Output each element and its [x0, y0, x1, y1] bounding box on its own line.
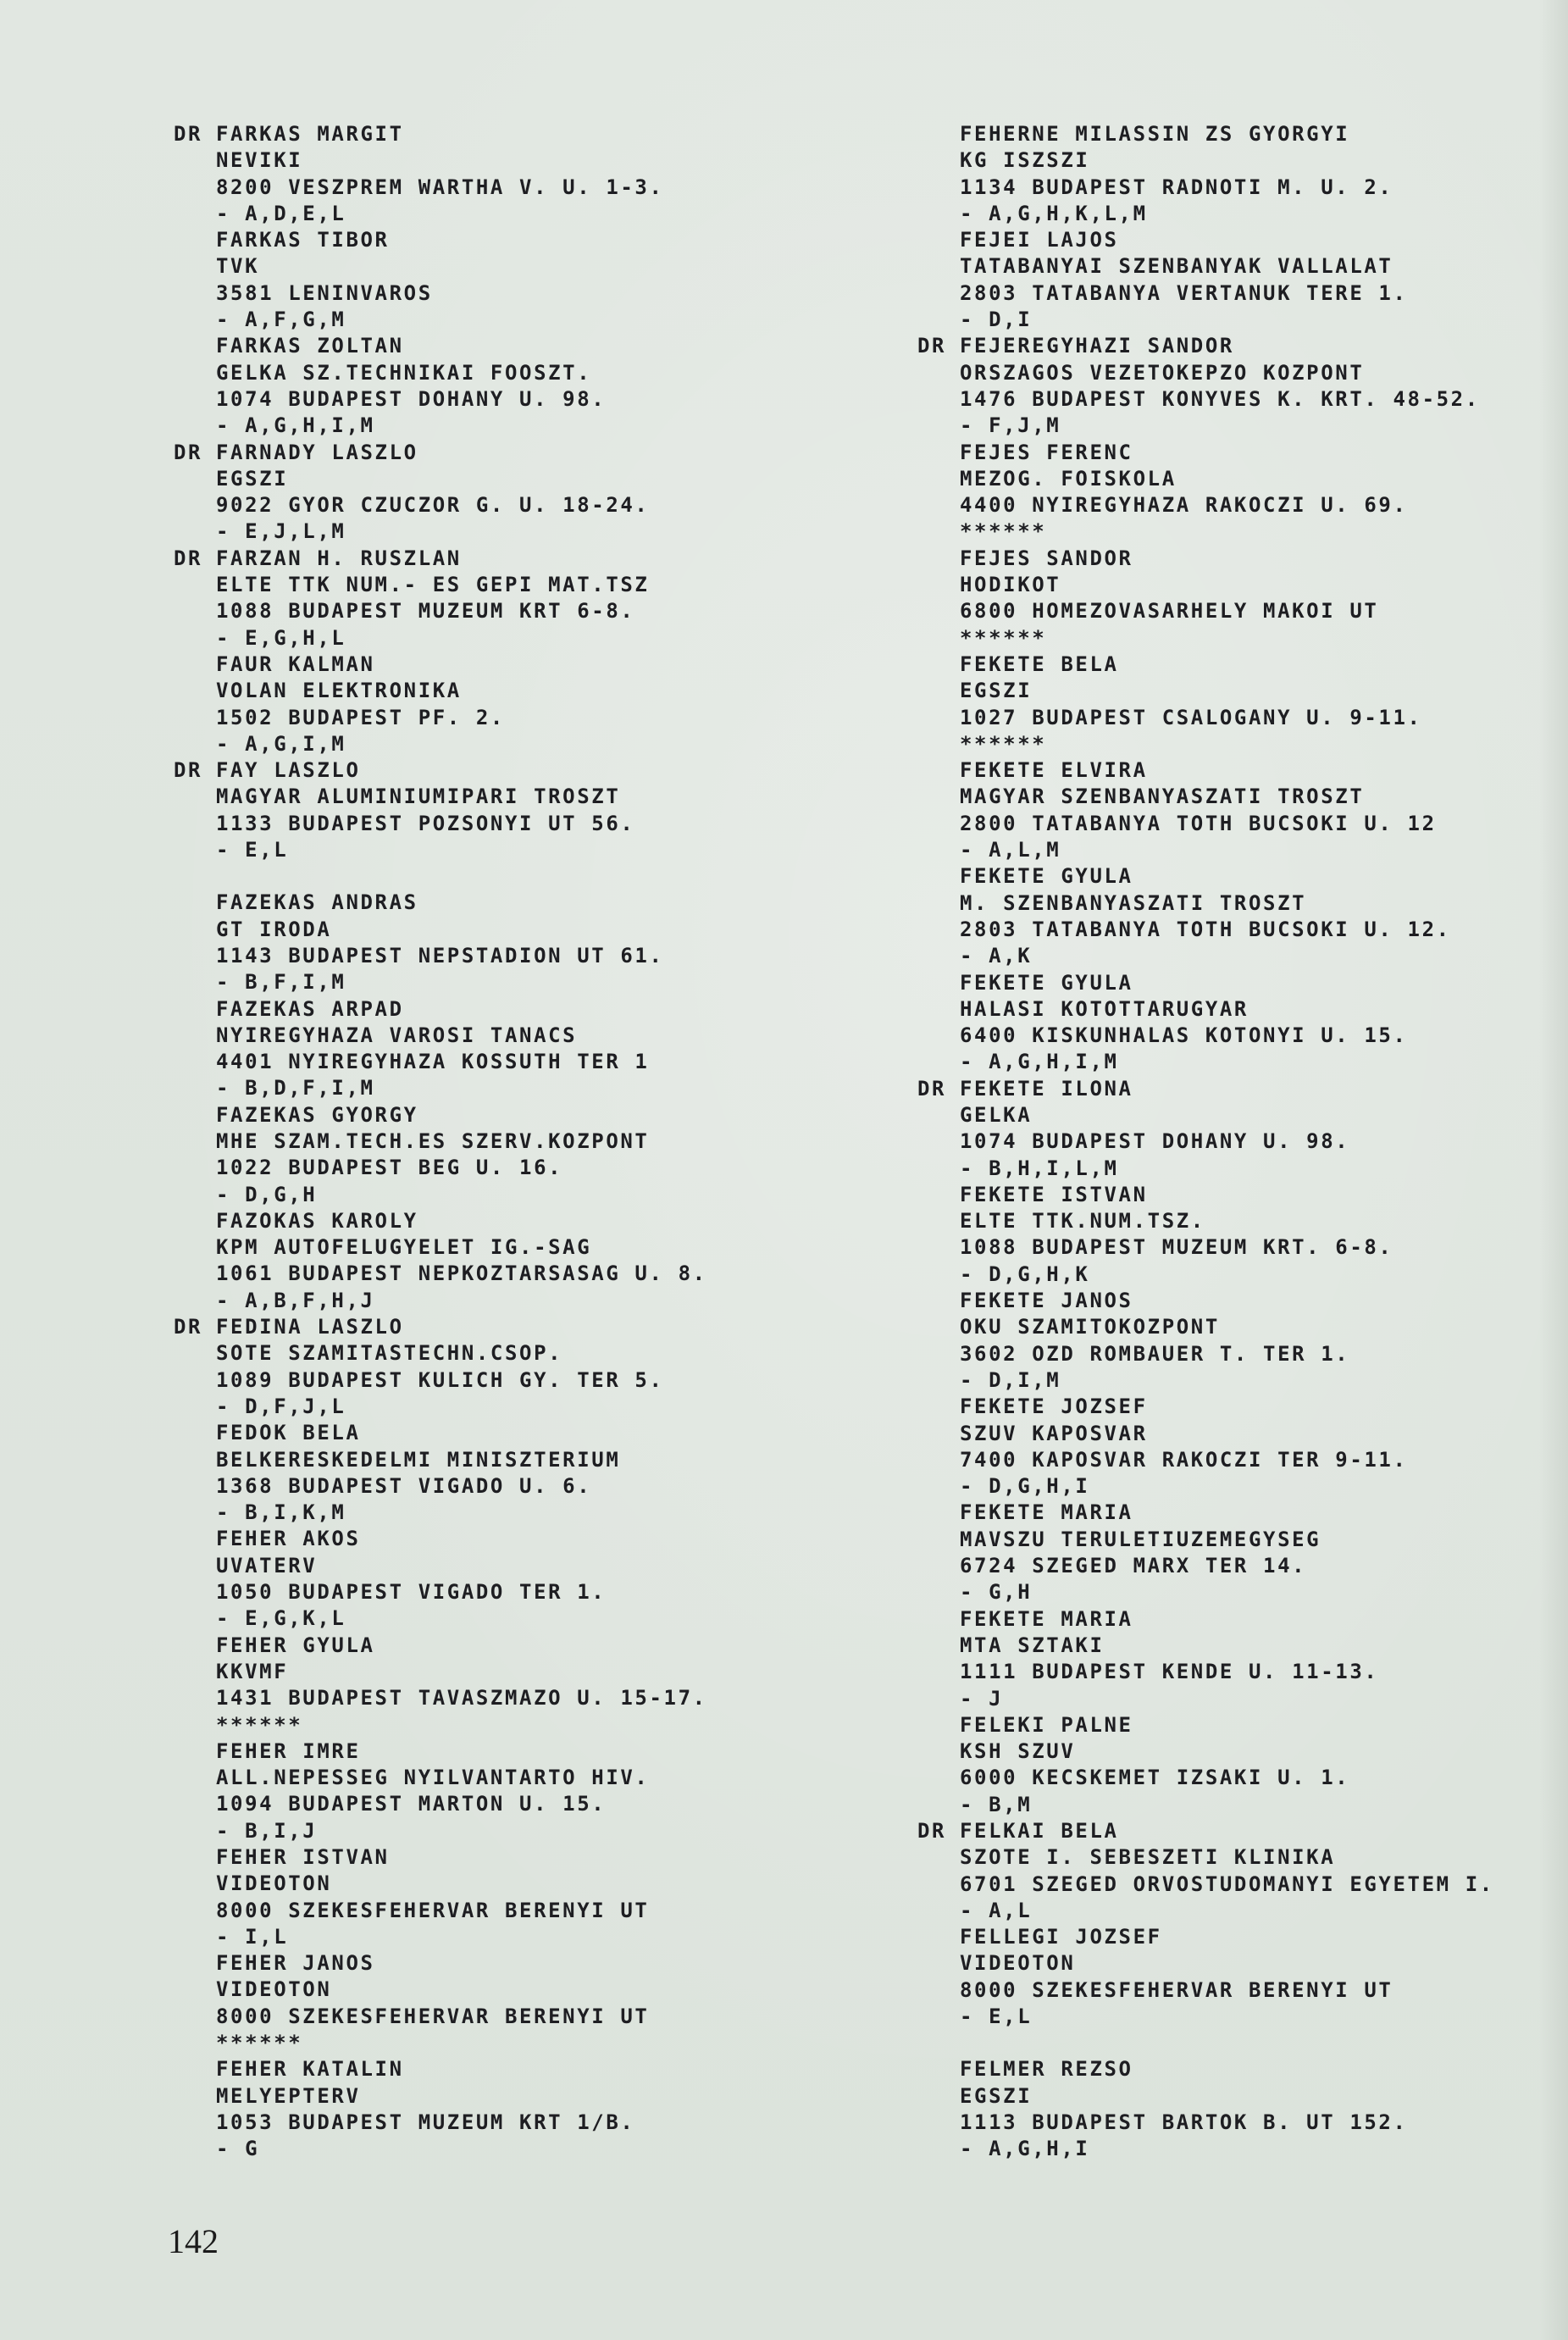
entry-address: 8000 SZEKESFEHERVAR BERENYI UT — [174, 1898, 868, 1924]
entry-name: FEHER JANOS — [174, 1950, 868, 1977]
entry-address-text: 2803 TATABANYA TOTH BUCSOKI U. 12. — [960, 918, 1451, 941]
entry-name: FAUR KALMAN — [174, 652, 868, 678]
entry-organization: ALL.NEPESSEG NYILVANTARTO HIV. — [174, 1765, 868, 1791]
entry-address-text: 8200 VESZPREM WARTHA V. U. 1-3. — [216, 175, 664, 199]
entry-codes-text: - E,L — [216, 838, 288, 862]
entry-codes: - F,J,M — [917, 413, 1568, 439]
entry-name: FEJES FERENC — [917, 440, 1568, 466]
entry-codes-text: - D,G,H,K — [960, 1262, 1089, 1286]
entry-address: 1088 BUDAPEST MUZEUM KRT 6-8. — [174, 598, 868, 624]
entry-address: 1431 BUDAPEST TAVASZMAZO U. 15-17. — [174, 1685, 868, 1711]
entry-name-text: FELMER REZSO — [960, 2057, 1133, 2081]
entry-organization-text: EGSZI — [960, 679, 1032, 702]
entry-address: 1133 BUDAPEST POZSONYI UT 56. — [174, 811, 868, 837]
directory-entry: FAZOKAS KAROLYKPM AUTOFELUGYELET IG.-SAG… — [174, 1208, 868, 1314]
entry-organization-text: EGSZI — [960, 2084, 1032, 2108]
entry-name: FEKETE MARIA — [917, 1500, 1568, 1526]
entry-organization: M. SZENBANYASZATI TROSZT — [917, 890, 1568, 917]
entry-codes-text: - A,G,H,I,M — [960, 1050, 1119, 1073]
entry-codes-text: - D,I,M — [960, 1368, 1061, 1392]
directory-entry: FEJES SANDORHODIKOT6800 HOMEZOVASARHELY … — [917, 546, 1568, 652]
entry-codes-text: - B,I,J — [216, 1819, 317, 1843]
entry-title-prefix: DR — [174, 440, 202, 466]
entry-codes-text: - A,G,H,I,M — [216, 413, 375, 437]
entry-address-text: 7400 KAPOSVAR RAKOCZI TER 9-11. — [960, 1448, 1408, 1472]
entry-organization: VIDEOTON — [174, 1977, 868, 2003]
entry-codes-text: - B,M — [960, 1793, 1032, 1816]
entry-title-prefix: DR — [917, 1818, 946, 1844]
entry-organization: ELTE TTK NUM.- ES GEPI MAT.TSZ — [174, 572, 868, 598]
entry-address-text: 4400 NYIREGYHAZA RAKOCZI U. 69. — [960, 493, 1408, 517]
entry-name: FEHER GYULA — [174, 1633, 868, 1659]
directory-entry: FEKETE ISTVANELTE TTK.NUM.TSZ.1088 BUDAP… — [917, 1182, 1568, 1288]
entry-organization-text: MAGYAR SZENBANYASZATI TROSZT — [960, 785, 1364, 808]
entry-organization: ELTE TTK.NUM.TSZ. — [917, 1208, 1568, 1234]
entry-organization: MAGYAR ALUMINIUMIPARI TROSZT — [174, 784, 868, 810]
entry-name: FEKETE GYULA — [917, 863, 1568, 890]
entry-codes-text: - A,G,I,M — [216, 732, 346, 756]
entry-organization-text: MAGYAR ALUMINIUMIPARI TROSZT — [216, 785, 620, 808]
entry-codes-text: - D,G,H,I — [960, 1474, 1089, 1498]
entry-name-text: FEKETE MARIA — [960, 1500, 1133, 1524]
entry-address: 6701 SZEGED ORVOSTUDOMANYI EGYETEM I. — [917, 1871, 1568, 1898]
directory-entry: FARKAS TIBORTVK3581 LENINVAROS- A,F,G,M — [174, 227, 868, 333]
entry-name: FEHER IMRE — [174, 1738, 868, 1765]
entry-organization-text: TVK — [216, 254, 259, 278]
entry-title-prefix: DR — [174, 757, 202, 784]
entry-organization-text: SZOTE I. SEBESZETI KLINIKA — [960, 1845, 1335, 1869]
directory-entry: DRFEKETE ILONAGELKA1074 BUDAPEST DOHANY … — [917, 1076, 1568, 1182]
entry-codes-text: - E,G,H,L — [216, 626, 346, 650]
directory-entry: FEHERNE MILASSIN ZS GYORGYIKG ISZSZI1134… — [917, 121, 1568, 227]
entry-organization-text: ELTE TTK.NUM.TSZ. — [960, 1209, 1205, 1233]
entry-address: 1134 BUDAPEST RADNOTI M. U. 2. — [917, 175, 1568, 201]
entry-organization-text: MAVSZU TERULETIUZEMEGYSEG — [960, 1528, 1321, 1551]
entry-name-text: FEKETE ELVIRA — [960, 758, 1148, 782]
entry-name: FEJEI LAJOS — [917, 227, 1568, 253]
entry-name-text: FELKAI BELA — [960, 1819, 1119, 1843]
entry-organization: EGSZI — [174, 466, 868, 492]
entry-organization-text: MEZOG. FOISKOLA — [960, 467, 1177, 491]
entry-codes: - E,L — [917, 2004, 1568, 2030]
entry-address-text: 3581 LENINVAROS — [216, 281, 433, 305]
entry-name: FAZEKAS ANDRAS — [174, 890, 868, 916]
entry-codes: ****** — [917, 518, 1568, 545]
entry-codes-text: - A,K — [960, 944, 1032, 968]
entry-organization-text: MELYEPTERV — [216, 2084, 361, 2108]
entry-address-text: 6800 HOMEZOVASARHELY MAKOI UT — [960, 599, 1378, 623]
directory-entry: DRFARZAN H. RUSZLANELTE TTK NUM.- ES GEP… — [174, 546, 868, 652]
entry-name: FEHERNE MILASSIN ZS GYORGYI — [917, 121, 1568, 147]
entry-address: 1022 BUDAPEST BEG U. 16. — [174, 1155, 868, 1181]
entry-organization-text: HALASI KOTOTTARUGYAR — [960, 997, 1249, 1021]
directory-entry: FAZEKAS ARPADNYIREGYHAZA VAROSI TANACS44… — [174, 996, 868, 1102]
entry-address-text: 6701 SZEGED ORVOSTUDOMANYI EGYETEM I. — [960, 1872, 1494, 1896]
entry-address-text: 1431 BUDAPEST TAVASZMAZO U. 15-17. — [216, 1686, 707, 1710]
entry-name: FEHER AKOS — [174, 1526, 868, 1552]
directory-entry: DRFAY LASZLOMAGYAR ALUMINIUMIPARI TROSZT… — [174, 757, 868, 863]
directory-entry: DRFEDINA LASZLOSOTE SZAMITASTECHN.CSOP.1… — [174, 1314, 868, 1420]
entry-organization: UVATERV — [174, 1553, 868, 1579]
entry-organization-text: TATABANYAI SZENBANYAK VALLALAT — [960, 254, 1393, 278]
entry-name: DRFARNADY LASZLO — [174, 440, 868, 466]
entry-codes-text: - B,I,K,M — [216, 1500, 346, 1524]
entry-name: FEKETE BELA — [917, 652, 1568, 678]
entry-name-text: FEDOK BELA — [216, 1421, 361, 1444]
entry-organization: TATABANYAI SZENBANYAK VALLALAT — [917, 253, 1568, 280]
entry-codes: ****** — [917, 625, 1568, 652]
entry-address: 4400 NYIREGYHAZA RAKOCZI U. 69. — [917, 492, 1568, 518]
entry-name-text: FAY LASZLO — [216, 758, 361, 782]
entry-name-text: FEHER IMRE — [216, 1739, 361, 1763]
entry-organization: KG ISZSZI — [917, 147, 1568, 174]
entry-organization: KPM AUTOFELUGYELET IG.-SAG — [174, 1234, 868, 1261]
entry-organization-text: GT IRODA — [216, 918, 331, 941]
entry-address: 8000 SZEKESFEHERVAR BERENYI UT — [174, 2004, 868, 2030]
entry-codes-text: - B,D,F,I,M — [216, 1076, 375, 1100]
entry-codes-text: - J — [960, 1687, 1003, 1711]
entry-codes-text: ****** — [960, 626, 1046, 650]
entry-codes: - E,L — [174, 837, 868, 863]
entry-organization-text: SOTE SZAMITASTECHN.CSOP. — [216, 1341, 562, 1365]
entry-name: FEKETE GYULA — [917, 970, 1568, 996]
entry-organization: ORSZAGOS VEZETOKEPZO KOZPONT — [917, 360, 1568, 386]
entry-address-text: 1088 BUDAPEST MUZEUM KRT 6-8. — [216, 599, 634, 623]
entry-address-text: 3602 OZD ROMBAUER T. TER 1. — [960, 1342, 1349, 1366]
entry-codes: - G — [174, 2136, 868, 2162]
entry-organization: TVK — [174, 253, 868, 280]
entry-organization: VIDEOTON — [174, 1871, 868, 1897]
entry-codes: - A,G,H,I — [917, 2136, 1568, 2162]
entry-organization-text: M. SZENBANYASZATI TROSZT — [960, 891, 1306, 915]
entry-name-text: FAZEKAS ANDRAS — [216, 890, 418, 914]
entry-name-text: FARNADY LASZLO — [216, 441, 418, 464]
directory-entry: FEJES FERENCMEZOG. FOISKOLA4400 NYIREGYH… — [917, 440, 1568, 546]
entry-name: DRFEDINA LASZLO — [174, 1314, 868, 1340]
entry-address-text: 1502 BUDAPEST PF. 2. — [216, 706, 505, 729]
directory-entry: FEKETE MARIAMAVSZU TERULETIUZEMEGYSEG672… — [917, 1500, 1568, 1605]
entry-organization: NYIREGYHAZA VAROSI TANACS — [174, 1023, 868, 1049]
entry-address: 8200 VESZPREM WARTHA V. U. 1-3. — [174, 175, 868, 201]
entry-codes-text: ****** — [216, 1713, 302, 1737]
entry-name-text: FEJEREGYHAZI SANDOR — [960, 334, 1234, 358]
entry-address-text: 2803 TATABANYA VERTANUK TERE 1. — [960, 281, 1408, 305]
entry-codes: - A,F,G,M — [174, 307, 868, 333]
entry-name: FELMER REZSO — [917, 2056, 1568, 2082]
entry-codes: - A,D,E,L — [174, 201, 868, 227]
entry-organization-text: GELKA — [960, 1103, 1032, 1127]
entry-name-text: FEHER ISTVAN — [216, 1845, 390, 1869]
page-number: 142 — [168, 2221, 219, 2261]
entry-codes-text: - A,B,F,H,J — [216, 1289, 375, 1312]
entry-name-text: FARKAS ZOLTAN — [216, 334, 404, 358]
entry-codes-text: - A,D,E,L — [216, 202, 346, 225]
entry-codes: - B,D,F,I,M — [174, 1075, 868, 1101]
entry-organization-text: ALL.NEPESSEG NYILVANTARTO HIV. — [216, 1766, 649, 1789]
entry-address-text: 1089 BUDAPEST KULICH GY. TER 5. — [216, 1368, 664, 1392]
entry-name-text: FEHER KATALIN — [216, 2057, 404, 2081]
entry-codes-text: - E,L — [960, 2005, 1032, 2028]
entry-codes: - E,G,H,L — [174, 625, 868, 652]
entry-address-text: 6400 KISKUNHALAS KOTONYI U. 15. — [960, 1023, 1408, 1047]
directory-entry: DRFARNADY LASZLOEGSZI9022 GYOR CZUCZOR G… — [174, 440, 868, 546]
entry-name: FAZEKAS GYORGY — [174, 1102, 868, 1128]
entry-name-text: FEHER GYULA — [216, 1633, 375, 1657]
entry-name: DRFARZAN H. RUSZLAN — [174, 546, 868, 572]
entry-address: 1143 BUDAPEST NEPSTADION UT 61. — [174, 943, 868, 969]
entry-codes-text: ****** — [960, 732, 1046, 756]
entry-codes: - B,M — [917, 1792, 1568, 1818]
entry-address: 1027 BUDAPEST CSALOGANY U. 9-11. — [917, 705, 1568, 731]
entry-address: 1074 BUDAPEST DOHANY U. 98. — [174, 386, 868, 413]
entry-organization: KKVMF — [174, 1659, 868, 1685]
entry-address-text: 1061 BUDAPEST NEPKOZTARSASAG U. 8. — [216, 1261, 707, 1285]
entry-codes-text: - G — [216, 2137, 259, 2160]
entry-codes-text: - A,G,H,I — [960, 2137, 1089, 2160]
entry-organization: VIDEOTON — [917, 1950, 1568, 1977]
directory-entry: FEDOK BELABELKERESKEDELMI MINISZTERIUM13… — [174, 1420, 868, 1526]
entry-organization: EGSZI — [917, 678, 1568, 704]
entry-name-text: FAZEKAS ARPAD — [216, 997, 404, 1021]
entry-codes: - A,G,H,I,M — [174, 413, 868, 439]
directory-entry: DRFEJEREGYHAZI SANDORORSZAGOS VEZETOKEPZ… — [917, 333, 1568, 439]
entry-address-text: 1476 BUDAPEST KONYVES K. KRT. 48-52. — [960, 387, 1480, 411]
entry-address-text: 6724 SZEGED MARX TER 14. — [960, 1554, 1306, 1578]
entry-codes-text: - A,L,M — [960, 838, 1061, 862]
entry-organization-text: MHE SZAM.TECH.ES SZERV.KOZPONT — [216, 1129, 649, 1153]
entry-organization: NEVIKI — [174, 147, 868, 174]
entry-address-text: 1053 BUDAPEST MUZEUM KRT 1/B. — [216, 2110, 634, 2134]
entry-codes: - D,I — [917, 307, 1568, 333]
directory-entry: FELLEGI JOZSEFVIDEOTON8000 SZEKESFEHERVA… — [917, 1924, 1568, 2030]
entry-organization: SOTE SZAMITASTECHN.CSOP. — [174, 1340, 868, 1367]
entry-name-text: FEKETE GYULA — [960, 864, 1133, 888]
entry-name: FELLEGI JOZSEF — [917, 1924, 1568, 1950]
entry-address-text: 1088 BUDAPEST MUZEUM KRT. 6-8. — [960, 1235, 1393, 1259]
entry-codes: - J — [917, 1686, 1568, 1712]
entry-address-text: 1050 BUDAPEST VIGADO TER 1. — [216, 1580, 606, 1604]
entry-codes-text: - A,L — [960, 1899, 1032, 1922]
entry-codes: - D,G,H,I — [917, 1473, 1568, 1500]
entry-name-text: FAUR KALMAN — [216, 652, 375, 676]
entry-address-text: 1133 BUDAPEST POZSONYI UT 56. — [216, 812, 634, 835]
entry-organization: MHE SZAM.TECH.ES SZERV.KOZPONT — [174, 1128, 868, 1155]
entry-address-text: 1134 BUDAPEST RADNOTI M. U. 2. — [960, 175, 1393, 199]
entry-organization-text: KG ISZSZI — [960, 148, 1089, 172]
entry-name: FEKETE JANOS — [917, 1288, 1568, 1314]
entry-address: 6724 SZEGED MARX TER 14. — [917, 1553, 1568, 1579]
entry-organization-text: VIDEOTON — [216, 1871, 331, 1895]
entry-name: FAZEKAS ARPAD — [174, 996, 868, 1023]
entry-name-text: FEKETE ILONA — [960, 1077, 1133, 1101]
entry-codes-text: - G,H — [960, 1580, 1032, 1604]
directory-column-left: DRFARKAS MARGITNEVIKI8200 VESZPREM WARTH… — [174, 121, 868, 2163]
entry-name-text: FAZOKAS KAROLY — [216, 1209, 418, 1233]
entry-name-text: FEJES SANDOR — [960, 546, 1133, 570]
directory-entry: DRFARKAS MARGITNEVIKI8200 VESZPREM WARTH… — [174, 121, 868, 227]
entry-organization-text: KPM AUTOFELUGYELET IG.-SAG — [216, 1235, 591, 1259]
entry-organization-text: ORSZAGOS VEZETOKEPZO KOZPONT — [960, 361, 1364, 385]
directory-entry: FEKETE JANOSOKU SZAMITOKOZPONT3602 OZD R… — [917, 1288, 1568, 1394]
directory-entry: FEKETE GYULAHALASI KOTOTTARUGYAR6400 KIS… — [917, 970, 1568, 1076]
entry-organization-text: KSH SZUV — [960, 1739, 1075, 1763]
entry-organization: VOLAN ELEKTRONIKA — [174, 678, 868, 704]
entry-organization: MELYEPTERV — [174, 2083, 868, 2110]
entry-address: 2803 TATABANYA VERTANUK TERE 1. — [917, 280, 1568, 307]
entry-codes: - E,J,L,M — [174, 518, 868, 545]
entry-codes-text: - B,F,I,M — [216, 970, 346, 994]
entry-name-text: FAZEKAS GYORGY — [216, 1103, 418, 1127]
entry-address: 1074 BUDAPEST DOHANY U. 98. — [917, 1128, 1568, 1155]
entry-codes-text: - E,J,L,M — [216, 519, 346, 543]
entry-name-text: FEKETE BELA — [960, 652, 1119, 676]
directory-entry: FELMER REZSOEGSZI1113 BUDAPEST BARTOK B.… — [917, 2056, 1568, 2162]
entry-codes: - B,I,J — [174, 1818, 868, 1844]
entry-organization-text: KKVMF — [216, 1660, 288, 1683]
entry-codes: ****** — [174, 1712, 868, 1738]
entry-address: 1050 BUDAPEST VIGADO TER 1. — [174, 1579, 868, 1605]
entry-organization: MEZOG. FOISKOLA — [917, 466, 1568, 492]
directory-entry: FEHER ISTVANVIDEOTON8000 SZEKESFEHERVAR … — [174, 1844, 868, 1950]
directory-entry: FEHER JANOSVIDEOTON8000 SZEKESFEHERVAR B… — [174, 1950, 868, 2056]
entry-address-text: 4401 NYIREGYHAZA KOSSUTH TER 1 — [216, 1050, 649, 1073]
entry-address-text: 6000 KECSKEMET IZSAKI U. 1. — [960, 1766, 1349, 1789]
entry-organization-text: VIDEOTON — [216, 1977, 331, 2001]
entry-organization-text: EGSZI — [216, 467, 288, 491]
entry-organization: MAVSZU TERULETIUZEMEGYSEG — [917, 1527, 1568, 1553]
entry-address: 1368 BUDAPEST VIGADO U. 6. — [174, 1473, 868, 1500]
entry-address-text: 9022 GYOR CZUCZOR G. U. 18-24. — [216, 493, 649, 517]
entry-organization: MTA SZTAKI — [917, 1633, 1568, 1659]
entry-codes-text: - D,I — [960, 308, 1032, 331]
entry-name-text: FEHER JANOS — [216, 1951, 375, 1975]
entry-organization-text: UVATERV — [216, 1554, 317, 1578]
entry-codes-text: - A,G,H,K,L,M — [960, 202, 1148, 225]
directory-entry: FEKETE JOZSEFSZUV KAPOSVAR7400 KAPOSVAR … — [917, 1394, 1568, 1500]
directory-entry: FELEKI PALNEKSH SZUV6000 KECSKEMET IZSAK… — [917, 1712, 1568, 1818]
entry-name: DRFEJEREGYHAZI SANDOR — [917, 333, 1568, 359]
entry-address-text: 1113 BUDAPEST BARTOK B. UT 152. — [960, 2110, 1408, 2134]
entry-address: 1502 BUDAPEST PF. 2. — [174, 705, 868, 731]
entry-organization-text: OKU SZAMITOKOZPONT — [960, 1315, 1220, 1339]
entry-address: 6400 KISKUNHALAS KOTONYI U. 15. — [917, 1023, 1568, 1049]
entry-name: FEKETE MARIA — [917, 1606, 1568, 1633]
entry-organization: BELKERESKEDELMI MINISZTERIUM — [174, 1447, 868, 1473]
entry-organization: EGSZI — [917, 2083, 1568, 2110]
entry-name-text: FEKETE MARIA — [960, 1607, 1133, 1631]
entry-organization-text: VOLAN ELEKTRONIKA — [216, 679, 462, 702]
entry-address-text: 1368 BUDAPEST VIGADO U. 6. — [216, 1474, 591, 1498]
directory-entry: DRFELKAI BELASZOTE I. SEBESZETI KLINIKA6… — [917, 1818, 1568, 1924]
directory-entry: FEJEI LAJOSTATABANYAI SZENBANYAK VALLALA… — [917, 227, 1568, 333]
entry-organization-text: HODIKOT — [960, 573, 1061, 596]
entry-codes: - A,B,F,H,J — [174, 1288, 868, 1314]
entry-name: FAZOKAS KAROLY — [174, 1208, 868, 1234]
entry-codes: - I,L — [174, 1924, 868, 1950]
entry-title-prefix: DR — [917, 1076, 946, 1102]
directory-column-right: FEHERNE MILASSIN ZS GYORGYIKG ISZSZI1134… — [917, 121, 1568, 2163]
directory-entry: FEKETE GYULAM. SZENBANYASZATI TROSZT2803… — [917, 863, 1568, 969]
entry-title-prefix: DR — [174, 546, 202, 572]
directory-entry: FEKETE ELVIRAMAGYAR SZENBANYASZATI TROSZ… — [917, 757, 1568, 863]
entry-organization: HODIKOT — [917, 572, 1568, 598]
directory-entry: FAUR KALMANVOLAN ELEKTRONIKA1502 BUDAPES… — [174, 652, 868, 757]
entry-codes: - A,G,H,K,L,M — [917, 201, 1568, 227]
entry-name: DRFELKAI BELA — [917, 1818, 1568, 1844]
entry-organization-text: VIDEOTON — [960, 1951, 1075, 1975]
entry-address: 6800 HOMEZOVASARHELY MAKOI UT — [917, 598, 1568, 624]
entry-organization: KSH SZUV — [917, 1738, 1568, 1765]
entry-address: 1094 BUDAPEST MARTON U. 15. — [174, 1791, 868, 1817]
entry-address: 1088 BUDAPEST MUZEUM KRT. 6-8. — [917, 1234, 1568, 1261]
entry-codes: - D,I,M — [917, 1367, 1568, 1394]
directory-entry: FARKAS ZOLTANGELKA SZ.TECHNIKAI FOOSZT.1… — [174, 333, 868, 439]
directory-entry: FEHER AKOSUVATERV1050 BUDAPEST VIGADO TE… — [174, 1526, 868, 1632]
entry-name-text: FEJES FERENC — [960, 441, 1133, 464]
entry-codes-text: ****** — [960, 519, 1046, 543]
entry-name: DRFEKETE ILONA — [917, 1076, 1568, 1102]
entry-name: DRFAY LASZLO — [174, 757, 868, 784]
entry-address-text: 1027 BUDAPEST CSALOGANY U. 9-11. — [960, 706, 1422, 729]
entry-address-text: 1143 BUDAPEST NEPSTADION UT 61. — [216, 944, 664, 968]
entry-address-text: 2800 TATABANYA TOTH BUCSOKI U. 12 — [960, 812, 1437, 835]
entry-address: 9022 GYOR CZUCZOR G. U. 18-24. — [174, 492, 868, 518]
entry-name: FEJES SANDOR — [917, 546, 1568, 572]
entry-organization: GELKA SZ.TECHNIKAI FOOSZT. — [174, 360, 868, 386]
entry-name: FELEKI PALNE — [917, 1712, 1568, 1738]
entry-address: 1476 BUDAPEST KONYVES K. KRT. 48-52. — [917, 386, 1568, 413]
entry-codes: - D,G,H — [174, 1182, 868, 1208]
entry-address: 3581 LENINVAROS — [174, 280, 868, 307]
entry-organization: SZUV KAPOSVAR — [917, 1421, 1568, 1447]
entry-codes: - A,K — [917, 943, 1568, 969]
entry-organization-text: NYIREGYHAZA VAROSI TANACS — [216, 1023, 577, 1047]
entry-address-text: 1094 BUDAPEST MARTON U. 15. — [216, 1792, 606, 1816]
entry-organization: SZOTE I. SEBESZETI KLINIKA — [917, 1844, 1568, 1871]
directory-entry: FEHER GYULAKKVMF1431 BUDAPEST TAVASZMAZO… — [174, 1633, 868, 1738]
entry-address: 2800 TATABANYA TOTH BUCSOKI U. 12 — [917, 811, 1568, 837]
entry-name-text: FEHER AKOS — [216, 1527, 361, 1550]
entry-address-text: 1074 BUDAPEST DOHANY U. 98. — [960, 1129, 1349, 1153]
entry-name: FEHER KATALIN — [174, 2056, 868, 2082]
entry-codes-text: - B,H,I,L,M — [960, 1156, 1119, 1180]
entry-organization-text: NEVIKI — [216, 148, 302, 172]
entry-organization: MAGYAR SZENBANYASZATI TROSZT — [917, 784, 1568, 810]
entry-address: 1061 BUDAPEST NEPKOZTARSASAG U. 8. — [174, 1261, 868, 1287]
entry-organization-text: GELKA SZ.TECHNIKAI FOOSZT. — [216, 361, 591, 385]
entry-organization: GELKA — [917, 1102, 1568, 1128]
entry-address: 1089 BUDAPEST KULICH GY. TER 5. — [174, 1367, 868, 1394]
directory-entry: FEHER KATALINMELYEPTERV1053 BUDAPEST MUZ… — [174, 2056, 868, 2162]
entry-title-prefix: DR — [174, 1314, 202, 1340]
entry-address-text: 8000 SZEKESFEHERVAR BERENYI UT — [960, 1978, 1393, 2002]
directory-entry: FEKETE MARIAMTA SZTAKI1111 BUDAPEST KEND… — [917, 1606, 1568, 1712]
entry-codes-text: - A,F,G,M — [216, 308, 346, 331]
entry-codes: - A,G,I,M — [174, 731, 868, 757]
entry-name: FEDOK BELA — [174, 1420, 868, 1446]
entry-name-text: FEHERNE MILASSIN ZS GYORGYI — [960, 122, 1349, 146]
entry-codes: - D,F,J,L — [174, 1394, 868, 1420]
entry-name-text: FEKETE ISTVAN — [960, 1183, 1148, 1206]
entry-name: FEKETE ELVIRA — [917, 757, 1568, 784]
entry-codes: - A,L,M — [917, 837, 1568, 863]
entry-address-text: 1022 BUDAPEST BEG U. 16. — [216, 1156, 562, 1179]
entry-codes-text: - D,F,J,L — [216, 1395, 346, 1418]
entry-organization-text: BELKERESKEDELMI MINISZTERIUM — [216, 1448, 620, 1472]
entry-codes-text: ****** — [216, 2031, 302, 2054]
entry-organization-text: SZUV KAPOSVAR — [960, 1422, 1148, 1445]
entry-codes: - A,G,H,I,M — [917, 1049, 1568, 1075]
